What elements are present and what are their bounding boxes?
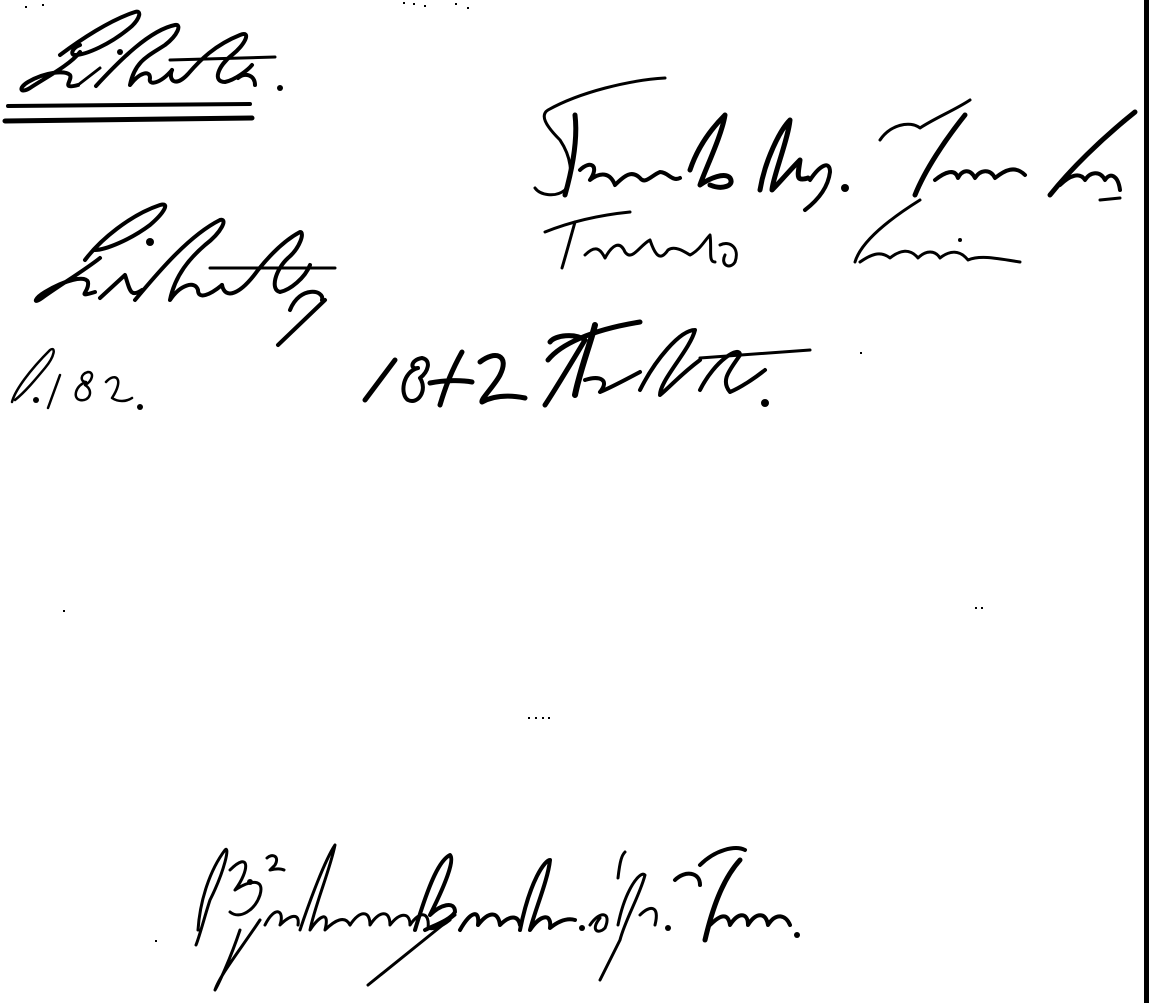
scan-speck — [424, 5, 426, 7]
card-right-edge — [1144, 0, 1149, 1003]
scan-speck — [975, 607, 977, 609]
scan-speck — [63, 610, 65, 612]
scan-speck — [413, 3, 415, 5]
index-card: Likota. Färnebo hg. Vrm. Filipstads områ… — [0, 0, 1152, 1003]
handwriting-layer — [0, 0, 1152, 1003]
scan-speck — [403, 2, 405, 4]
year-source-handwriting — [365, 322, 810, 407]
scan-speck — [528, 717, 530, 719]
scan-speck — [155, 940, 157, 942]
heading-handwriting — [5, 12, 283, 121]
scan-speck — [42, 4, 44, 6]
page-ref-handwriting — [12, 349, 143, 410]
scan-speck — [860, 352, 862, 354]
scan-speck — [548, 717, 550, 719]
scan-speck — [467, 7, 469, 9]
scan-speck — [981, 607, 983, 609]
scan-speck — [25, 6, 27, 8]
scan-speck — [535, 717, 537, 719]
scan-speck — [455, 3, 457, 5]
area-handwriting — [545, 200, 1020, 268]
signature-handwriting — [196, 845, 800, 990]
parish-handwriting — [535, 78, 1135, 210]
scan-speck — [542, 717, 544, 719]
place-name-handwriting — [36, 204, 335, 345]
